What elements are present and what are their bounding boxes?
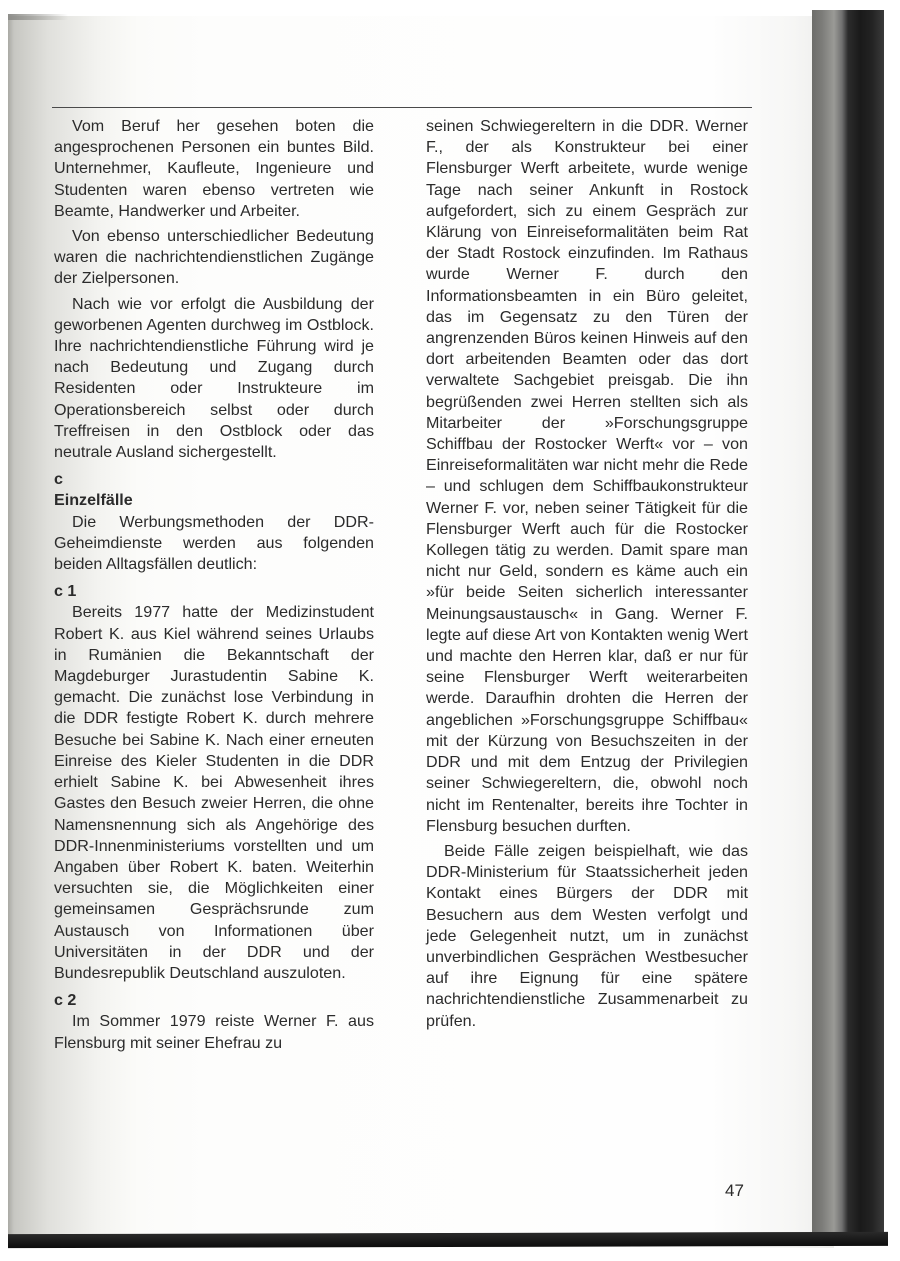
header-rule <box>52 107 752 108</box>
page-corner-shadow <box>8 14 68 20</box>
case-c2-label: c 2 <box>54 990 374 1011</box>
paragraph: Nach wie vor erfolgt die Ausbildung der … <box>54 294 374 464</box>
section-intro: Die Werbungsmethoden der DDR-Geheimdiens… <box>54 512 374 576</box>
case-c1-label: c 1 <box>54 581 374 602</box>
page-number: 47 <box>725 1181 744 1201</box>
book-spine-shadow <box>812 10 884 1240</box>
section-title: Einzelfälle <box>54 490 374 511</box>
left-column: Vom Beruf her gesehen boten die angespro… <box>54 116 374 1058</box>
section-letter: c <box>54 469 374 490</box>
paragraph: Vom Beruf her gesehen boten die angespro… <box>54 116 374 222</box>
conclusion-paragraph: Beide Fälle zeigen beispielhaft, wie das… <box>426 841 748 1032</box>
page-bottom-edge <box>8 1232 888 1248</box>
case-c2-text-start: Im Sommer 1979 reiste Werner F. aus Flen… <box>54 1011 374 1053</box>
paragraph: Von ebenso unterschiedlicher Bedeutung w… <box>54 226 374 290</box>
right-column: seinen Schwiegereltern in die DDR. Werne… <box>426 116 748 1036</box>
case-c1-text: Bereits 1977 hatte der Medizinstudent Ro… <box>54 602 374 984</box>
case-c2-continuation: seinen Schwiegereltern in die DDR. Werne… <box>426 116 748 837</box>
